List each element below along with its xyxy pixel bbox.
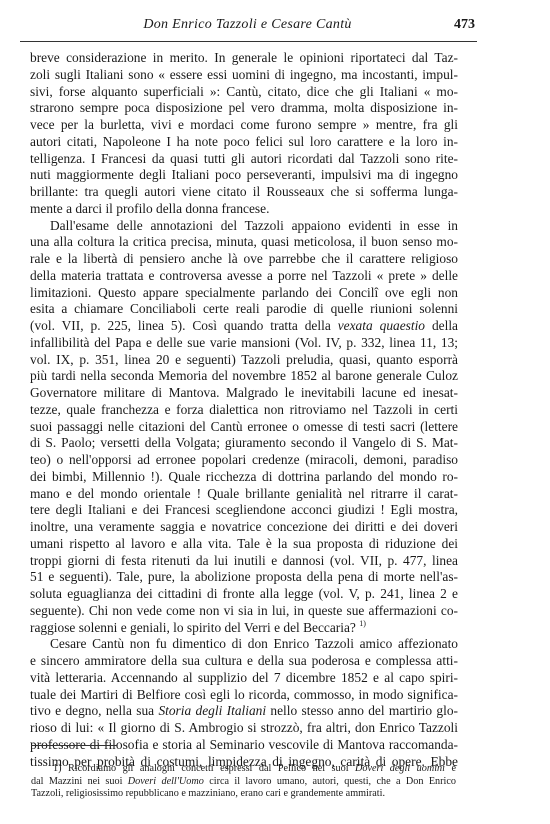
text-line: rioso di lui: « Il giorno di S. Ambrogio… [30, 720, 458, 737]
text-line: vità letteraria. Accennando al supplizio… [30, 670, 458, 687]
text-segment: raggiose solenni e geniali, lo spirito d… [30, 620, 356, 635]
text-line: rale e la libertà di pensiero anche là o… [30, 251, 458, 268]
text-line: tezze, quale franchezza e forza dialetti… [30, 402, 458, 419]
page-number: 473 [454, 17, 475, 33]
text-line: limitazioni. Questo appare specialmente … [30, 285, 458, 302]
paragraph: Cesare Cantù non fu dimentico di don Enr… [30, 636, 458, 770]
text-line: infallibilità del Papa e delle sue varie… [30, 335, 458, 352]
running-title: Don Enrico Tazzoli e Cesare Cantù [20, 17, 475, 33]
body-text: breve considerazione in merito. In gener… [30, 50, 458, 770]
text-line: più tardi nella seconda Memoria del nove… [30, 368, 458, 385]
paragraph: Dall'esame delle annotazioni del Tazzoli… [30, 218, 458, 637]
text-line: soluta eguaglianza dei cittadini di fron… [30, 586, 458, 603]
text-line: 51 e seguenti). Tale, pure, la abolizion… [30, 569, 458, 586]
italic-phrase: Doveri degli uomini [355, 763, 445, 774]
text-line: mente a darci il profilo della donna fra… [30, 201, 458, 218]
text-line: della materia trattata e controversa ave… [30, 268, 458, 285]
footnote-line: dal Mazzini nei suoi Doveri dell'Uomo ci… [31, 776, 456, 789]
italic-phrase: Storia degli Italiani [158, 703, 266, 718]
text-segment: e [445, 763, 456, 774]
text-line: tivo e degno, nella sua Storia degli Ita… [30, 703, 458, 720]
header-rule [20, 41, 477, 42]
text-line: esita a chiamare Conciliaboli certe real… [30, 301, 458, 318]
text-line: tuale dei Martiri di Belfiore così egli … [30, 687, 458, 704]
text-segment: circa il lavoro umano, autori, questi, c… [204, 776, 456, 787]
text-line: brillante: tra quegli autori viene citat… [30, 184, 458, 201]
text-line: Governatore militare di Mantova. Malgrad… [30, 385, 458, 402]
text-line: telligenza. I Francesi da quasi tutti gl… [30, 151, 458, 168]
text-line: troppi giorni di festa ritenuti da lui i… [30, 553, 458, 570]
text-line: breve considerazione in merito. In gener… [30, 50, 458, 67]
paragraph: breve considerazione in merito. In gener… [30, 50, 458, 218]
footnote-rule [31, 745, 117, 746]
text-segment: della [425, 318, 458, 333]
text-line: (vol. VII, p. 225, linea 5). Così quando… [30, 318, 458, 335]
text-line: strarono sempre poca disposizione pel ve… [30, 100, 458, 117]
footnote-ref[interactable]: 1) [359, 619, 366, 628]
footnote-marker: 1) [53, 763, 62, 774]
text-segment: Ricordiamo gli analoghi concetti espress… [62, 763, 356, 774]
text-line: mano e del mondo orientale ! Quale brill… [30, 486, 458, 503]
italic-phrase: Doveri dell'Uomo [128, 776, 204, 787]
text-line: tere degli Italiani e dei Francesi scegl… [30, 502, 458, 519]
text-line: umani rispetto al lavoro e alla vita. Ta… [30, 536, 458, 553]
text-segment: (vol. VII, p. 225, linea 5). Così quando… [30, 318, 338, 333]
text-line: seguente). Chi non vede come non vi sia … [30, 603, 458, 620]
footnotes: 1) Ricordiamo gli analoghi concetti espr… [31, 763, 456, 801]
text-line: e sincero ammiratore della sua cultura e… [30, 653, 458, 670]
text-line: raggiose solenni e geniali, lo spirito d… [30, 620, 458, 637]
text-line: nuti maggiormente degli Italiani poco pe… [30, 167, 458, 184]
text-line: suoi passaggi nelle citazioni del Cantù … [30, 419, 458, 436]
footnote-line: 1) Ricordiamo gli analoghi concetti espr… [31, 763, 456, 776]
text-line: dei bimbi, Millennio !). Quale ricchezza… [30, 469, 458, 486]
text-line: Cesare Cantù non fu dimentico di don Enr… [30, 636, 458, 653]
text-line: zoli sugli Italiani sono « essere essi u… [30, 67, 458, 84]
text-segment: tivo e degno, nella sua [30, 703, 158, 718]
italic-phrase: vexata quaestio [338, 318, 425, 333]
text-line: di S. Paolo; versetti della Volgata; giu… [30, 435, 458, 452]
text-line: vece per la burletta, vivi e mordaci com… [30, 117, 458, 134]
text-segment: nello stesso anno del martirio glo- [266, 703, 458, 718]
text-line: teo) o nell'opporsi ad erronee popolari … [30, 452, 458, 469]
text-line: autori citati, Napoleone I ha note poco … [30, 134, 458, 151]
text-line: inoltre, una veramente saggia e novatric… [30, 519, 458, 536]
text-line: sivi, forse alquanto superficiali »: Can… [30, 84, 458, 101]
text-line: vol. IX, p. 351, linea 20 e seguenti) Ta… [30, 352, 458, 369]
footnote-line: Tazzoli, religiosissimo repubblicano e m… [31, 788, 456, 801]
page-header: Don Enrico Tazzoli e Cesare Cantù 473 [20, 17, 475, 39]
text-line: Dall'esame delle annotazioni del Tazzoli… [30, 218, 458, 235]
text-segment: dal Mazzini nei suoi [31, 776, 128, 787]
text-line: una alla coltura la critica precisa, min… [30, 234, 458, 251]
